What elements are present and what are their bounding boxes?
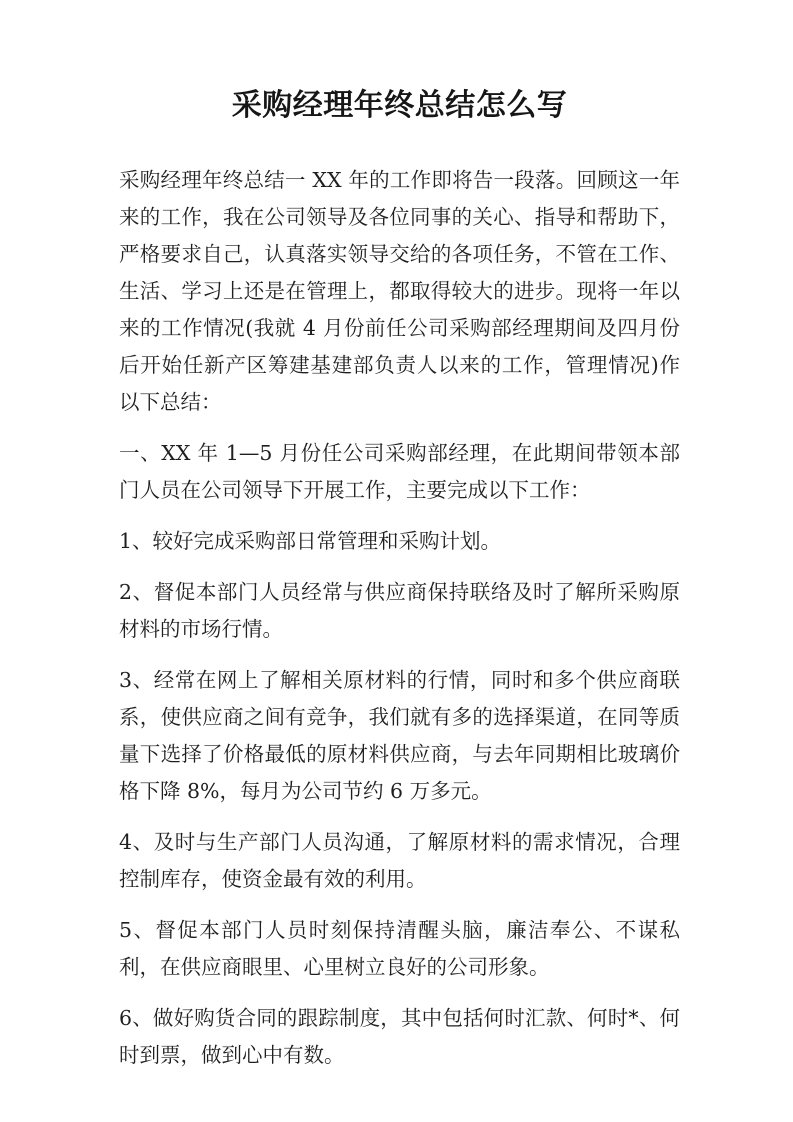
paragraph: 2、督促本部门人员经常与供应商保持联络及时了解所采购原材料的市场行情。 [119, 574, 680, 648]
paragraph: 一、XX 年 1—5 月份任公司采购部经理，在此期间带领本部门人员在公司领导下开… [119, 435, 680, 509]
document-title: 采购经理年终总结怎么写 [119, 86, 680, 126]
paragraph: 1、较好完成采购部日常管理和采购计划。 [119, 523, 680, 560]
paragraph: 4、及时与生产部门人员沟通，了解原材料的需求情况，合理控制库存，使资金最有效的利… [119, 824, 680, 898]
paragraph: 3、经常在网上了解相关原材料的行情，同时和多个供应商联系，使供应商之间有竞争，我… [119, 662, 680, 810]
document-body: 采购经理年终总结一 XX 年的工作即将告一段落。回顾这一年来的工作，我在公司领导… [119, 162, 680, 1074]
paragraph: 6、做好购货合同的跟踪制度，其中包括何时汇款、何时*、何时到票，做到心中有数。 [119, 1000, 680, 1074]
paragraph: 5、督促本部门人员时刻保持清醒头脑，廉洁奉公、不谋私利，在供应商眼里、心里树立良… [119, 912, 680, 986]
paragraph: 采购经理年终总结一 XX 年的工作即将告一段落。回顾这一年来的工作，我在公司领导… [119, 162, 680, 421]
document-page: 采购经理年终总结怎么写 采购经理年终总结一 XX 年的工作即将告一段落。回顾这一… [0, 0, 793, 1122]
